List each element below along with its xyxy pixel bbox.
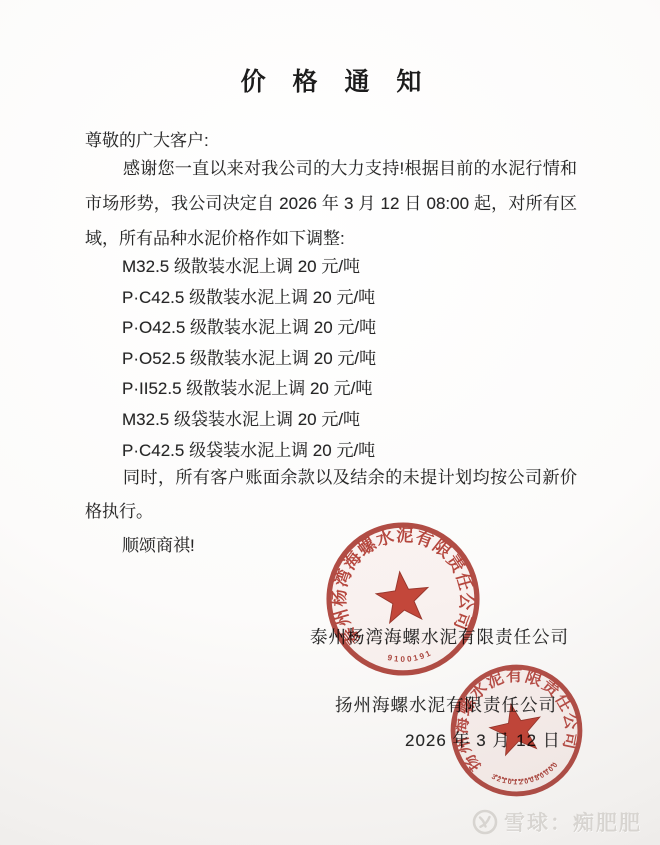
closing-salutation: 顺颂商祺! [122, 531, 195, 556]
xueqiu-logo-icon [472, 809, 498, 835]
page-title: 价 格 通 知 [0, 62, 660, 98]
list-item: M32.5 级袋装水泥上调 20 元/吨 [122, 405, 376, 436]
list-item: P·O52.5 级散装水泥上调 20 元/吨 [122, 344, 376, 375]
settlement-paragraph: 同时，所有客户账面余款以及结余的未提计划均按公司新价格执行。 [85, 461, 577, 529]
list-item: M32.5 级散装水泥上调 20 元/吨 [122, 252, 376, 283]
list-item: P·II52.5 级散装水泥上调 20 元/吨 [122, 374, 376, 405]
price-adjustment-list: M32.5 级散装水泥上调 20 元/吨 P·C42.5 级散装水泥上调 20 … [122, 252, 376, 466]
greeting-line: 尊敬的广大客户: [85, 126, 209, 151]
watermark-label: 雪球：痴肥肥 [504, 807, 642, 837]
company-seal-taizhou: 泰州杨湾海螺水泥有限责任公司 9100191 [313, 509, 494, 690]
list-item: P·C42.5 级散装水泥上调 20 元/吨 [122, 283, 376, 314]
intro-paragraph: 感谢您一直以来对我公司的大力支持!根据目前的水泥行情和市场形势，我公司决定自 2… [85, 151, 577, 256]
company-seal-yangzhou: 扬州海螺水泥有限责任公司 3210120080000 [434, 648, 599, 813]
watermark: 雪球：痴肥肥 [472, 807, 642, 837]
list-item: P·O42.5 级散装水泥上调 20 元/吨 [122, 313, 376, 344]
document-page: 价 格 通 知 尊敬的广大客户: 感谢您一直以来对我公司的大力支持!根据目前的水… [0, 0, 660, 845]
